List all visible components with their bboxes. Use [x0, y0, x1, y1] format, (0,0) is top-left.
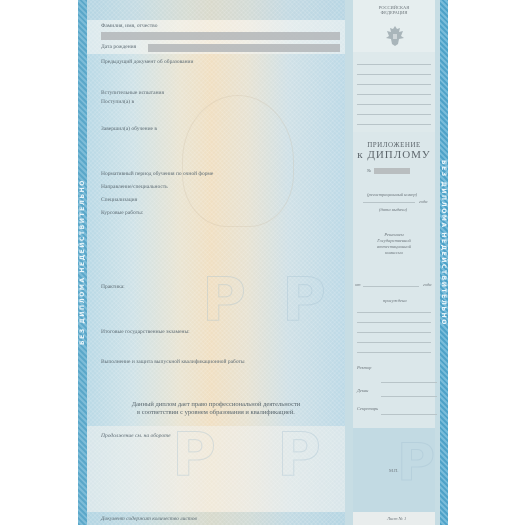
redacted-reg-number: [374, 168, 410, 174]
rector-label: Ректор: [357, 365, 371, 370]
emblem-watermark: [182, 95, 294, 227]
award-box: от года присуждена Ректор: [353, 260, 435, 380]
left-security-strip: БЕЗ ДИПЛОМА НЕДЕЙСТВИТЕЛЬНО: [78, 0, 87, 525]
lined-area-top: [353, 52, 435, 132]
commission-line2: Государственной: [353, 238, 435, 243]
label-completed: Завершил(а) обучение в: [101, 126, 157, 132]
secretary-label: Секретарь: [357, 406, 378, 411]
rf-watermark: P: [277, 420, 321, 490]
number-prefix: №: [367, 168, 371, 173]
seal-box: P М.П.: [353, 428, 435, 512]
redacted-birth-date: [148, 44, 340, 52]
rights-statement: Данный диплом дает право профессионально…: [87, 401, 345, 417]
label-specialization: Специализация: [101, 197, 137, 203]
sheet-number-box: Лист № 1: [353, 512, 435, 525]
right-panel: РОССИЙСКАЯ ФЕДЕРАЦИЯ ПРИЛОЖЕНИЕ к ДИПЛОМ…: [345, 0, 440, 525]
dean-label: Декан: [357, 388, 368, 393]
label-standard-period: Нормативный период обучения по очной фор…: [101, 171, 213, 177]
title-line2: к ДИПЛОМУ: [353, 149, 435, 161]
label-thesis: Выполнение и защита выпускной квалификац…: [101, 359, 245, 365]
country-header-box: РОССИЙСКАЯ ФЕДЕРАЦИЯ: [353, 0, 435, 52]
top-band: [87, 0, 345, 20]
label-direction: Направление/специальность: [101, 184, 168, 190]
label-final-exams: Итоговые государственные экзамены:: [101, 329, 190, 335]
label-practice: Практика:: [101, 284, 125, 290]
title-box: ПРИЛОЖЕНИЕ к ДИПЛОМУ № (регистрационный …: [353, 132, 435, 260]
diploma-supplement-page: БЕЗ ДИПЛОМА НЕДЕЙСТВИТЕЛЬНО P P P P Фами…: [78, 0, 448, 525]
from-label: от: [355, 282, 361, 287]
awarded-label: присуждена: [383, 298, 407, 303]
label-previous-education: Предыдущий документ об образовании: [101, 59, 193, 65]
rf-watermark: P: [202, 265, 246, 335]
redacted-full-name: [101, 32, 340, 40]
left-panel: P P P P Фамилия, имя, отчество Дата рожд…: [87, 0, 345, 525]
rf-watermark: P: [282, 265, 326, 335]
title-line1: ПРИЛОЖЕНИЕ: [353, 141, 435, 149]
rights-statement-line2: в соответствии с уровнем образования и к…: [87, 409, 345, 417]
signatures-box: Декан Секретарь: [353, 380, 435, 428]
right-security-strip: БЕЗ ДИПЛОМА НЕДЕЙСТВИТЕЛЬНО: [440, 0, 448, 525]
strip-text-left: БЕЗ ДИПЛОМА НЕДЕЙСТВИТЕЛЬНО: [79, 179, 86, 345]
label-full-name: Фамилия, имя, отчество: [101, 23, 157, 29]
rights-statement-line1: Данный диплом дает право профессионально…: [87, 401, 345, 409]
continued-note: Продолжение см. на обороте: [101, 433, 171, 439]
strip-text-right: БЕЗ ДИПЛОМА НЕДЕЙСТВИТЕЛЬНО: [440, 160, 447, 326]
sheets-count-label: Документ содержит количество листов: [101, 516, 197, 522]
commission-line4: комиссии: [353, 250, 435, 255]
label-coursework: Курсовые работы:: [101, 210, 143, 216]
commission-line3: аттестационной: [353, 244, 435, 249]
sheet-number: Лист № 1: [387, 516, 406, 521]
issue-date-caption: (дата выдачи): [379, 207, 407, 212]
reg-number-caption: (регистрационный номер): [367, 192, 417, 197]
country-line2: ФЕДЕРАЦИЯ: [353, 10, 435, 15]
coat-of-arms-icon: [384, 24, 406, 48]
from-year-suffix: года: [423, 282, 431, 287]
rf-watermark: P: [397, 433, 435, 493]
label-enrolled: Поступил(а) в: [101, 99, 134, 105]
rf-watermark: P: [172, 420, 216, 490]
label-entrance-exams: Вступительные испытания: [101, 90, 164, 96]
label-birth-date: Дата рождения: [101, 44, 136, 50]
commission-line1: Решением: [353, 232, 435, 237]
year-suffix: года: [419, 199, 427, 204]
